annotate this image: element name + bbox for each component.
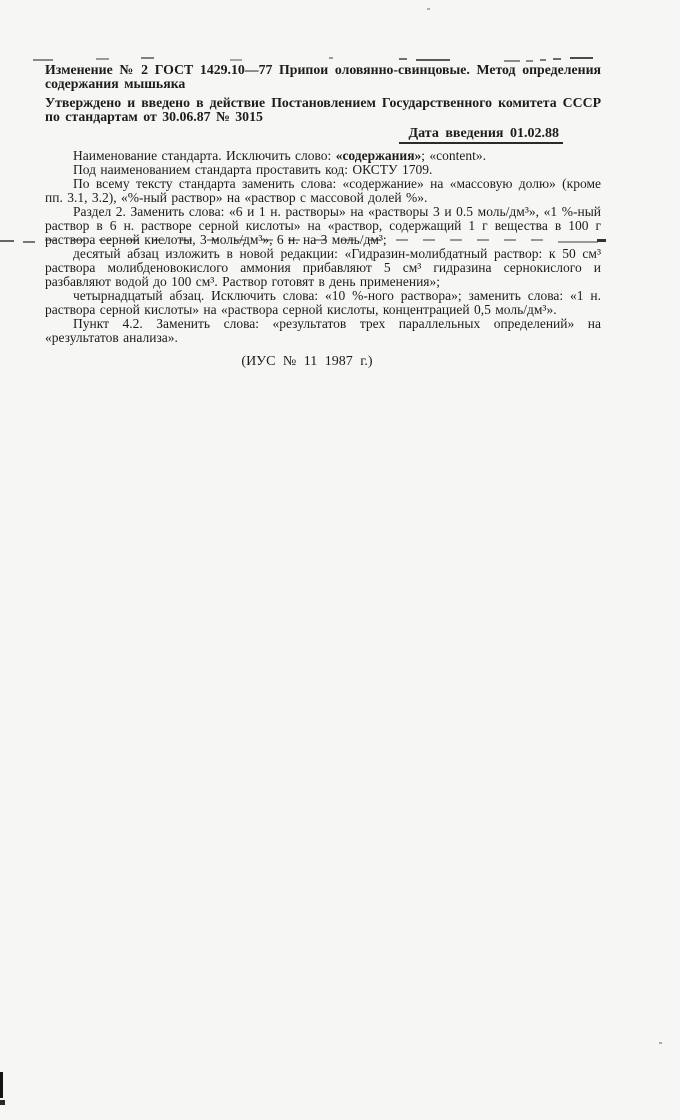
- scan-artifact: [659, 1042, 662, 1044]
- scan-artifact: [399, 58, 407, 60]
- scan-artifact: [23, 241, 35, 243]
- body-paragraphs: Наименование стандарта. Исключить слово:…: [45, 149, 601, 345]
- scan-artifact: [427, 8, 430, 10]
- paragraph-run: десятый абзац изложить в новой редакции:…: [45, 246, 601, 289]
- text-block: Изменение № 2 ГОСТ 1429.10—77 Припои оло…: [45, 63, 601, 370]
- paragraph-bold-run: «содержания»: [336, 148, 422, 163]
- source-note: (ИУС № 11 1987 г.): [29, 354, 585, 370]
- scan-artifact: [540, 59, 546, 61]
- paragraph-run: Раздел 2. Заменить слова: «6 и 1 н. раст…: [45, 204, 601, 247]
- paragraph: Раздел 2. Заменить слова: «6 и 1 н. раст…: [45, 205, 601, 247]
- paragraph: Наименование стандарта. Исключить слово:…: [45, 149, 601, 163]
- scan-artifact: [416, 59, 450, 61]
- paragraph-run: Наименование стандарта. Исключить слово:: [73, 148, 336, 163]
- scan-artifact: [230, 59, 242, 61]
- scan-artifact: [96, 58, 109, 60]
- approval-paragraph: Утверждено и введено в действие Постанов…: [45, 96, 601, 124]
- paragraph-run: ; «content».: [421, 148, 486, 163]
- paragraph-run: четырнадцатый абзац. Исключить слова: «1…: [45, 288, 601, 317]
- paragraph: десятый абзац изложить в новой редакции:…: [45, 247, 601, 289]
- scan-artifact: [0, 1072, 3, 1098]
- effective-date-label: Дата введения 01.02.88: [399, 126, 563, 144]
- scan-artifact: [141, 57, 154, 59]
- paragraph-run: Под наименованием стандарта проставить к…: [73, 162, 432, 177]
- scanned-document-page: Изменение № 2 ГОСТ 1429.10—77 Припои оло…: [0, 0, 680, 1120]
- scan-artifact: [570, 57, 593, 59]
- scan-artifact: [553, 58, 561, 60]
- paragraph: По всему тексту стандарта заменить слова…: [45, 177, 601, 205]
- effective-date: Дата введения 01.02.88: [45, 126, 601, 142]
- paragraph-run: Пункт 4.2. Заменить слова: «результатов …: [45, 316, 601, 345]
- paragraph: Под наименованием стандарта проставить к…: [45, 163, 601, 177]
- scan-artifact: [0, 240, 14, 242]
- paragraph-run: По всему тексту стандарта заменить слова…: [45, 176, 601, 205]
- scan-artifact: [0, 1100, 5, 1105]
- paragraph: Пункт 4.2. Заменить слова: «результатов …: [45, 317, 601, 345]
- document-header: Изменение № 2 ГОСТ 1429.10—77 Припои оло…: [45, 63, 601, 142]
- doc-title: Изменение № 2 ГОСТ 1429.10—77 Припои оло…: [45, 63, 601, 91]
- paragraph: четырнадцатый абзац. Исключить слова: «1…: [45, 289, 601, 317]
- scan-artifact: [329, 57, 333, 59]
- scan-artifact: [33, 59, 53, 61]
